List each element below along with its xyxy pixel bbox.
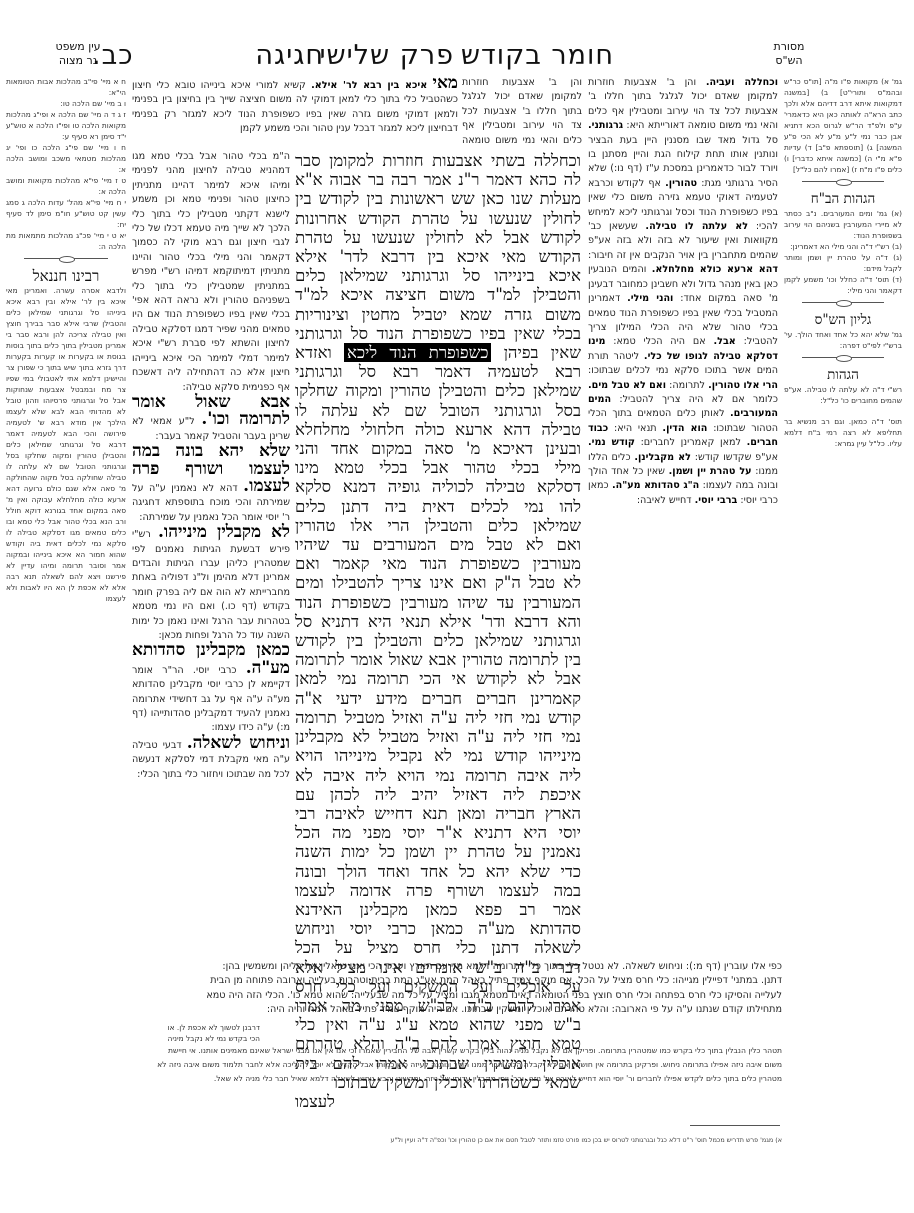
ein-mishpat-entry: ט ז מיי' פי"א מהלכות מקואות ומושב הלכה א… <box>6 175 126 197</box>
tosafot-text: רש"י פירש דבשעת הגיתות נאמנים לפי שמטהרי… <box>132 529 290 641</box>
gemara-line: בכלי שאין בפיו כשפופרת הנוד סל וגרגותני <box>295 324 581 343</box>
ein-mishpat-entry: י ח מיי' פי"א מהל' עדות הלכה ג סמג עשין … <box>6 197 126 230</box>
dibur-hamatchil: הוא הדין. <box>662 423 707 434</box>
gemara-line: אמר רב פפא כמאן מקבלינן האידנא <box>295 900 581 919</box>
rashi-commentary: וכחללה ועביה. והן ב' אצבעות חוזרות למקומ… <box>588 76 778 958</box>
gemara-line: הארץ חבריה ומאן תנא דחייש לאיבה רבי <box>295 804 581 823</box>
rabbenu-chananel-title: רבינו חננאל <box>6 271 126 282</box>
dibur-hamatchil: איכא בין רבא לר' אילא. <box>311 80 427 91</box>
rashi-bottom-line: לעלייה והסיקו כלי חרס בפתחה וכלי חרס חוצ… <box>132 989 782 1003</box>
gemara-line: בסל וגרגותני הטובל שם לא עלתה לו <box>295 401 581 420</box>
gemara-closing-word: לעצמו <box>295 1092 581 1111</box>
hagahot-habach-entry: (ד) תוס' ד"ה כחלל וכו' משמע לקמן דקאמר ו… <box>784 274 902 296</box>
rashi-text: כלומר אם לא היה צריך להטביל: <box>619 394 778 405</box>
dibur-hamatchil: אבל. <box>714 336 736 347</box>
gemara-line: שמילאן כלים והטבילן טהורין ומקוה שחלקו <box>295 381 581 400</box>
left-margin-footer: דרבנן לטשוך לא אכפת לן. או הכי בקדש נמי … <box>140 1022 260 1044</box>
dibur-hamatchil: הרי אלו טהורין. <box>708 380 778 391</box>
ein-mishpat-label: עין משפט נר מצוה <box>48 40 108 68</box>
footer-line: הכי בקדש נמי לא נקבל מיניה <box>140 1033 260 1044</box>
rashi-bottom-line: מתחילתו קודם שנתנו ע"ה על פי הארובה: והל… <box>132 1003 782 1017</box>
rashi-text: למאן קאמרינן לחברים: <box>641 437 741 448</box>
gemara-line: כדי שלא יהא כל אחד ואחד הולך ובונה <box>295 862 581 881</box>
gemara-line: ואם לא טבל מים המעורבים עד שיהיו <box>295 535 581 554</box>
masoret-hashas-label: מסורת הש"ס <box>759 40 819 68</box>
gemara-line: לא טבל ה"ק ואם אינו צריך להטבילו ומים <box>295 573 581 592</box>
gemara-line: והא דרבא ודר' אילא תנאי היא דתניא סל <box>295 612 581 631</box>
hagahot-habach-entry: (ג) ד"ה על טהרת יין ושמן ומותר לקבל מידם… <box>784 252 902 274</box>
hagahot-habach-title: הגהות הב"ח <box>784 194 902 205</box>
bottom-commentary-line: מטהרין כלים בתוך כלים לקדש אפילו לחברים … <box>132 1072 782 1086</box>
gemara-line-highlighted: שאין בפיהן כשפופרת הנוד ליכא ואזדא <box>295 343 581 362</box>
tosafot-paragraph: שלא יהא בונה במה לעצמו ושורף פרה לעצמו. … <box>132 444 290 525</box>
rashi-text: והן ב' אצבעות חוזרות למקומן שאדם יכול לג… <box>462 77 582 146</box>
tractate-title: חגיגה <box>255 40 324 71</box>
dibur-hamatchil: גרגותני. <box>588 120 623 131</box>
tosafot-paragraph: וניחוש לשאלה. דבעי טבילה ע"ה מאי מקבלת ד… <box>132 736 290 782</box>
gemara-line: משום גזרה שמא יטביל מחטין וצינוריות <box>295 305 581 324</box>
gemara-text-segment: שאין בפיהן <box>504 343 581 362</box>
dibur-hamatchil: ה"ג סהדותא מע"ה. <box>612 480 699 491</box>
dibur-hamatchil: דהא ארעא כולא מחלחלא. <box>652 264 778 275</box>
ein-mishpat-line2: נר מצוה <box>48 54 108 68</box>
rashi-top-span: והן ב' אצבעות חוזרות למקומן שאדם יכול לג… <box>462 76 582 146</box>
dibur-hamatchil: לא מקבלינן. <box>634 452 691 463</box>
dibur-hamatchil: וכחללה ועביה. <box>706 77 778 88</box>
footnote: א) מגמ' פרש תדריש מכמל תוס' ר"ט דלא כגל … <box>370 1136 782 1144</box>
ornament-divider <box>24 258 108 265</box>
gilyon-hashas-title: גליון הש"ס <box>784 315 902 326</box>
dibur-hamatchil: ואם לא טבל מים. <box>588 380 666 391</box>
ornament-divider <box>802 181 884 188</box>
gemara-line: וכחללה בשתי אצבעות חוזרות למקומן סבר <box>295 151 581 170</box>
dibur-hamatchil: על טהרת יין ושמן. <box>669 466 752 477</box>
rashi-text: אע"פ שקדשו קודש: <box>695 452 778 463</box>
footnote-rule <box>690 1125 780 1126</box>
dibur-hamatchil: לא עלתה לו טבילה. <box>645 221 748 232</box>
gemara-line: הקודש מאי איכא בין דרבא לדר' אילא <box>295 247 581 266</box>
ornament-divider <box>802 357 884 364</box>
gemara-line: מעורבין כשפופרת הנוד מאי קאמר ואם <box>295 554 581 573</box>
gemara-line: ב"ש מפני שהוא טמא ע"ג ע"ה ואין כלי <box>295 1015 581 1034</box>
hagahot-habach-entry: (ב) רש"י ד"ה והני מילי הא דאמרינן: <box>784 241 902 252</box>
ein-mishpat-entry: ח ו מיי' שם פי"ג הלכה כו ופי' יג מהלכות … <box>6 142 126 175</box>
gemara-line: יוסי היא דתניא א"ר יוסי מפני מה הכל <box>295 823 581 842</box>
gemara-line: המעורבין עד שיהו מעורבין כשפופרת הנוד <box>295 593 581 612</box>
tosafot-commentary: ה"מ בכלי טהור אבל בכלי טמא מגו דמהניא טב… <box>132 150 290 958</box>
search-highlight[interactable]: כשפופרת הנוד ליכא <box>344 343 492 362</box>
gemara-line: בין לתרומה טהורין אבא שאול אומר לתרומה <box>295 650 581 669</box>
bottom-commentary: תטהר כלין הנבלין בתוך כלי בקרש כמו שמטהר… <box>132 1044 782 1087</box>
gilyon-hashas-entry: גמ' שלא יהא כל אחד ואחד הולך. עי' ברש"י … <box>784 329 902 351</box>
tosafot-text: ה"מ בכלי טהור אבל בכלי טמא מגו דמהניא טב… <box>132 151 290 393</box>
gemara-line: סהדותא מע"ה כמאן כרבי יוסי וניחוש <box>295 919 581 938</box>
hagahot-entry: רש"י ד"ה לא עלתה לו טבילה. אע"פ שהמים מח… <box>784 384 902 406</box>
gemara-line: לקודש אבל לא לחולין שנעשו על טהרת <box>295 228 581 247</box>
hagahot-habach-entry: (א) גמ' ומים המעורבים. נ"ב כסתר לא מיירי… <box>784 208 902 241</box>
dibur-hamatchil: לא מקבלין מינייהו. <box>158 522 290 542</box>
rashi-bottom-line: כפי אלו עוברין (דף מ:): וניחוש לשאלה. לא… <box>132 960 782 974</box>
rashi-text: דחייש לאיבה: <box>637 495 692 506</box>
masoret-label-line1: מסורת <box>759 40 819 54</box>
bottom-commentary-line: משום איבה ניזה אפילו בתרומה ניחוש. ופרקי… <box>132 1058 782 1072</box>
dibur-hamatchil: טהורין. <box>665 178 697 189</box>
gemara-line: והטבילן למ"ד משום חציצה איכא למ"ד <box>295 285 581 304</box>
hagahot-title: הגהות <box>784 370 902 381</box>
rashi-text: אם היה הכלי טמא: <box>613 336 705 347</box>
right-margin: גמ' א) מקואות פ"ו מ"ה [תו"ס כר"ש ובהמ"ס … <box>784 76 902 596</box>
dibur-hamatchil: וניחוש לשאלה. <box>187 733 290 753</box>
tosafot-paragraph: ה"מ בכלי טהור אבל בכלי טמא מגו דמהניא טב… <box>132 150 290 395</box>
gemara-line: נמי חזי ליה ע"ה ואזיל מטביל לא מקבלינן <box>295 727 581 746</box>
gemara-line: להו נמי לכלים דאית ביה דתנן כלים <box>295 497 581 516</box>
gemara-line: נאמנין על טהרת יין ושמן כל ימות השנה <box>295 842 581 861</box>
tosafot-paragraph: כמאן מקבלינן סהדותא מע"ה. כרבי יוסי. הר"… <box>132 643 290 735</box>
bottom-commentary-line: תטהר כלין הנבלין בתוך כלי בקרש כמו שמטהר… <box>132 1044 782 1058</box>
masoret-label-line2: הש"ס <box>759 54 819 68</box>
ein-mishpat-entry: ז ג ד ה מיי' שם הלכה א ופי"ג מהלכות מקוא… <box>6 109 126 142</box>
gemara-line: איכפת ליה דאזיל יהיב ליה לכהן עם <box>295 785 581 804</box>
gemara-line: ובעינן דאיכא מ' סאה במקום אחד והני <box>295 439 581 458</box>
gemara-line: דסלקא טבילה לכוליה גופיה דמנא סלקא <box>295 477 581 496</box>
dibur-hamatchil: והני מילי. <box>627 293 673 304</box>
gemara-line: שמילאן כלים והטבילן הרי אלו טהורין <box>295 516 581 535</box>
rashi-bottom-line: דתנן. במתני' דפיילין מגייהו: כלי חרס מצי… <box>132 974 782 988</box>
tosafot-opening-word: מאי <box>433 76 458 93</box>
left-margin: ח א מיי' פי"ב מהלכות אבות הטומאות הי"א: … <box>6 76 126 1106</box>
tosafot-top: מאי איכא בין רבא לר' אילא. קשיא למורי אי… <box>132 76 458 146</box>
dibur-hamatchil: קודש נמי. <box>588 437 635 448</box>
tosafot-paragraph: אבא שאול אומר לתרומה וכו'. ל"ע אמאי לא ש… <box>132 395 290 444</box>
rashi-bottom: כפי אלו עוברין (דף מ:): וניחוש לשאלה. לא… <box>132 960 782 1018</box>
chapter-title: פרק שלישי <box>319 40 454 71</box>
gemara-line: לשאלה דתנן כלי חרס מציל על הכל <box>295 938 581 957</box>
gemara-line: טבילה דהא ארעא כולה חלחולי מחלחלא <box>295 420 581 439</box>
gemara-text-segment: ואזדא <box>295 343 332 362</box>
gemara-line: וגרגותני שמילאן כלים והטבילן בין לקודש <box>295 631 581 650</box>
ein-mishpat-entry: ו ב מיי' שם הלכה טו: <box>6 98 126 109</box>
ein-mishpat-entry: ח א מיי' פי"ב מהלכות אבות הטומאות הי"א: <box>6 76 126 98</box>
gemara-line: ליה איבה תרומה נמי הויא ליה איבה לא <box>295 766 581 785</box>
gemara-line: מינייהו קודש נמי לא נקביל מינייהו הויא <box>295 746 581 765</box>
gemara-line: מילי בכלי טהור אבל בכלי טמא מינו <box>295 458 581 477</box>
running-title: חומר בקודש <box>461 40 614 71</box>
gemara-line: קודש נמי חזי ליה ע"ה ואזיל מטביל תרומה <box>295 708 581 727</box>
gemara-line: איכא בינייהו סל וגרגותני שמילאן כלים <box>295 266 581 285</box>
rabbenu-chananel-text: ולדבא אסרה עשרה. ואמרינן מאי איכא בין לר… <box>6 285 126 604</box>
gemara-line: אבל לא לקודש אי הכי תרומה נמי למאן <box>295 669 581 688</box>
ein-mishpat-line1: עין משפט <box>48 40 108 54</box>
gemara-line: במה לעצמו ושורף פרה אדומה לעצמו <box>295 881 581 900</box>
rashi-text: לתרומה: <box>669 380 705 391</box>
masoret-entries: גמ' א) מקואות פ"ו מ"ה [תו"ס כר"ש ובהמ"ס … <box>784 76 902 175</box>
rashi-text: תנאי היא: <box>614 423 657 434</box>
footer-line: דרבנן לטשוך לא אכפת לן. או <box>140 1022 260 1033</box>
ornament-divider <box>802 302 884 309</box>
gemara-line: רבא לטעמיה דאמר רבא סל וגרגותני <box>295 362 581 381</box>
gemara-line: קאמרינן חברים חברים מידע ידעי א"ה <box>295 689 581 708</box>
gemara-line: לה כהא דאמר ר"נ אמר רבה בר אבוה א"א <box>295 170 581 189</box>
rashi-paragraph: וכחללה ועביה. והן ב' אצבעות חוזרות למקומ… <box>588 76 778 508</box>
ein-mishpat-entry: יא ט י מיי' פכ"ג מהלכות מתמאות מת הלכה ה… <box>6 230 126 252</box>
hagahot-entry: תוס' ד"ה כמאן. וגם רב מנשיא בר תחליפא לא… <box>784 416 902 449</box>
dibur-hamatchil: ברבי יוסי. <box>695 495 738 506</box>
gemara-line: לחולין שנעשו על טהרת הקודש אחרונות <box>295 209 581 228</box>
tosafot-paragraph: לא מקבלין מינייהו. רש"י פירש דבשעת הגיתו… <box>132 525 290 643</box>
gemara-line: מעלות שנו כאן שש ראשונות בין לקודש בין <box>295 189 581 208</box>
